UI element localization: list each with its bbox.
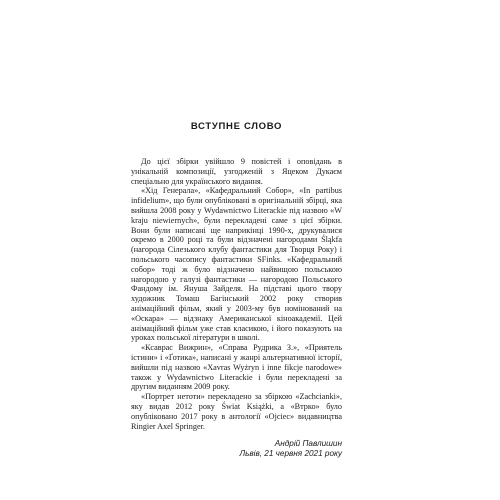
paragraph: «Портрет нетоти» перекладено за збіркою …	[131, 392, 342, 431]
body-text-column: До цієї збірки увійшло 9 повістей і опов…	[131, 157, 342, 459]
paragraph: «Хід Генерала», «Кафедральний Собор», «I…	[131, 186, 342, 343]
paragraph: «Ксаврас Вижрин», «Справа Рудрика З.», «…	[131, 343, 342, 392]
signature-place-date: Львів, 21 червня 2021 року	[131, 449, 342, 459]
signature-author: Андрій Павлишин	[131, 439, 342, 449]
paragraph: До цієї збірки увійшло 9 повістей і опов…	[131, 157, 342, 186]
signature-block: Андрій Павлишин Львів, 21 червня 2021 ро…	[131, 439, 342, 459]
chapter-title: ВСТУПНЕ СЛОВО	[131, 121, 342, 132]
book-page: ВСТУПНЕ СЛОВО До цієї збірки увійшло 9 п…	[0, 0, 500, 500]
